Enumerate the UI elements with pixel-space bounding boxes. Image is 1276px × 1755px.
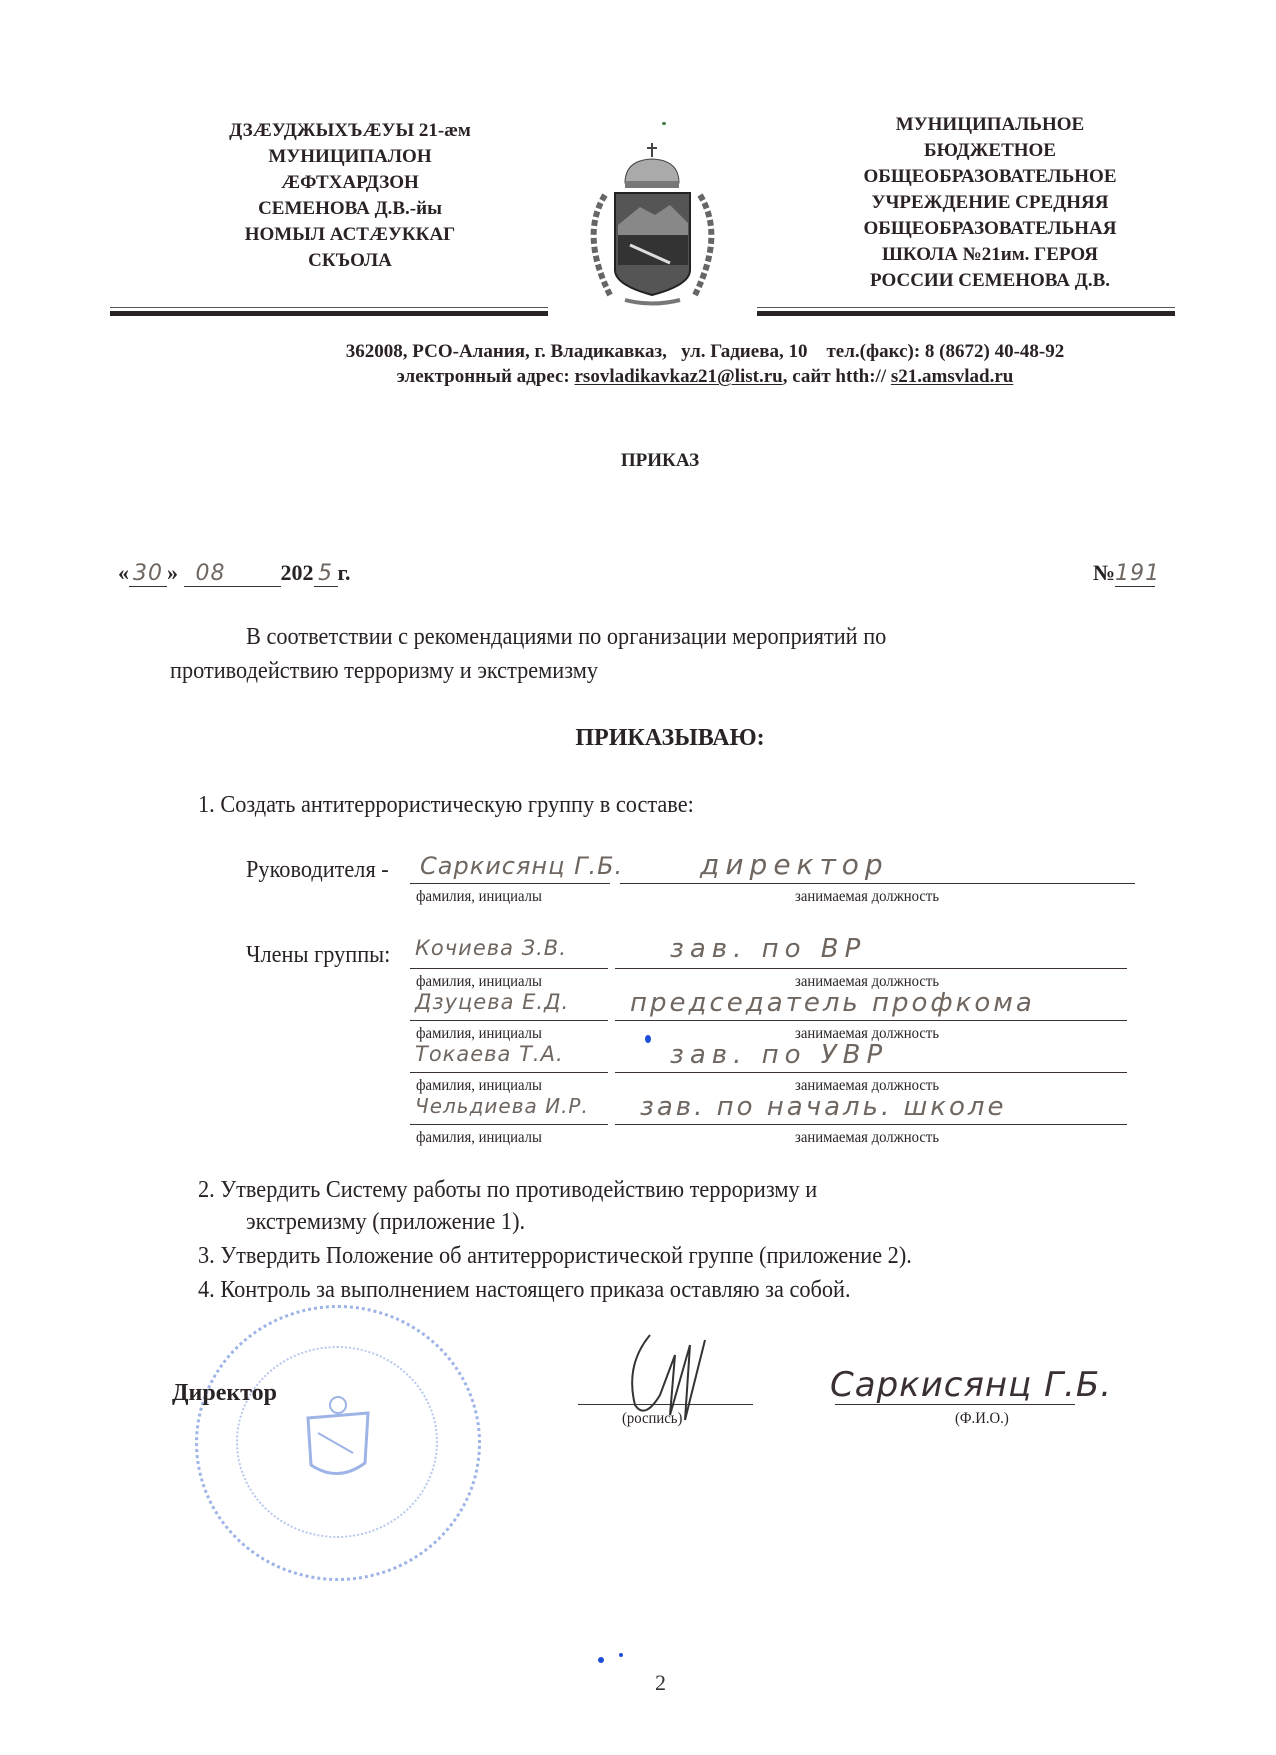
header-right-rule <box>757 311 1175 316</box>
member-name-underline <box>410 1124 608 1125</box>
header-right-org-name: МУНИЦИПАЛЬНОЕ БЮДЖЕТНОЕ ОБЩЕОБРАЗОВАТЕЛЬ… <box>790 112 1190 294</box>
order-number: №191 <box>1093 560 1155 587</box>
member-name-underline <box>410 1072 608 1073</box>
date-year-prefix: 202 <box>281 560 314 585</box>
address-line: 362008, РСО-Алания, г. Владикавказ, ул. … <box>270 341 1140 363</box>
director-label: Директор <box>172 1380 277 1407</box>
site-link[interactable]: s21.amsvlad.ru <box>891 366 1013 387</box>
fio-underline <box>835 1404 1075 1405</box>
member-position-underline <box>615 1072 1127 1073</box>
header-right-line: ОБЩЕОБРАЗОВАТЕЛЬНАЯ <box>790 216 1190 242</box>
members-label: Члены группы: <box>246 940 390 971</box>
header-right-line: БЮДЖЕТНОЕ <box>790 138 1190 164</box>
date-year-digit: 5 <box>314 561 338 587</box>
fio-caption: (Ф.И.О.) <box>955 1410 1009 1428</box>
date-line: «30» 082025г. <box>118 560 518 592</box>
header-left-line: ДЗÆУДЖЫХЪÆУЫ 21-æм <box>150 118 550 144</box>
leader-position: директор <box>700 848 889 881</box>
preamble-line-1: В соответствии с рекомендациями по орган… <box>246 622 886 653</box>
ink-speck <box>645 1035 651 1043</box>
date-year-suffix: г. <box>338 560 351 585</box>
number-value: 191 <box>1115 561 1155 587</box>
site-prefix: , сайт htth:// <box>783 366 891 387</box>
member-position-underline <box>615 1020 1127 1021</box>
coat-of-arms-emblem-icon <box>570 135 735 310</box>
email-prefix: электронный адрес: <box>397 366 575 387</box>
member-name: Дзуцева Е.Д. <box>415 990 569 1014</box>
member-name-underline <box>410 1020 608 1021</box>
header-left-line: СЕМЕНОВА Д.В.-йы <box>150 196 550 222</box>
ink-speck <box>619 1653 623 1657</box>
header-right-line: ОБЩЕОБРАЗОВАТЕЛЬНОЕ <box>790 164 1190 190</box>
member-name: Чельдиева И.Р. <box>415 1094 589 1118</box>
item-4: 4. Контроль за выполнением настоящего пр… <box>198 1275 851 1306</box>
member-position: зав. по УВР <box>670 1040 888 1070</box>
caption-name: фамилия, инициалы <box>416 888 542 906</box>
director-fio-handwritten: Саркисянц Г.Б. <box>830 1365 1112 1405</box>
header-left-line: ÆФТХАРДЗОН <box>150 170 550 196</box>
date-day: 30 <box>129 561 167 587</box>
page-number: 2 <box>655 1670 666 1696</box>
header-right-line: РОССИИ СЕМЕНОВА Д.В. <box>790 268 1190 294</box>
school-seal-stamp <box>195 1305 481 1581</box>
caption-name: фамилия, инициалы <box>416 1129 542 1147</box>
member-name: Кочиева З.В. <box>415 936 567 960</box>
date-close-quote: » <box>167 560 178 585</box>
caption-name: фамилия, инициалы <box>416 973 542 991</box>
caption-position: занимаемая должность <box>795 888 939 906</box>
header-right-line: ШКОЛА №21им. ГЕРОЯ <box>790 242 1190 268</box>
member-position-underline <box>615 968 1127 969</box>
item-2-line-2: экстремизму (приложение 1). <box>246 1207 525 1238</box>
scan-speck <box>662 122 666 125</box>
item-1: 1. Создать антитеррористическую группу в… <box>198 790 694 821</box>
leader-name-underline <box>410 883 610 884</box>
doc-title: ПРИКАЗ <box>560 450 760 472</box>
order-heading: ПРИКАЗЫВАЮ: <box>540 725 800 752</box>
signature-caption: (роспись) <box>622 1410 682 1428</box>
caption-name: фамилия, инициалы <box>416 1025 542 1043</box>
leader-label: Руководителя - <box>246 855 389 886</box>
email-site-line: электронный адрес: rsovladikavkaz21@list… <box>270 366 1140 388</box>
leader-name: Саркисянц Г.Б. <box>420 852 623 880</box>
leader-position-underline <box>620 883 1135 884</box>
member-position: зав. по ВР <box>670 934 866 964</box>
member-name: Токаева Т.А. <box>415 1042 564 1066</box>
number-label: № <box>1093 560 1115 585</box>
header-left-rule <box>110 311 548 316</box>
member-position: председатель профкома <box>630 988 1035 1018</box>
preamble-line-2: противодействию терроризму и экстремизму <box>170 656 598 687</box>
header-right-line: МУНИЦИПАЛЬНОЕ <box>790 112 1190 138</box>
header-left-line: МУНИЦИПАЛОН <box>150 144 550 170</box>
caption-name: фамилия, инициалы <box>416 1077 542 1095</box>
header-right-line: УЧРЕЖДЕНИЕ СРЕДНЯЯ <box>790 190 1190 216</box>
item-2-line-1: 2. Утвердить Систему работы по противоде… <box>198 1175 817 1206</box>
member-position: зав. по началь. школе <box>640 1092 1007 1122</box>
item-3: 3. Утвердить Положение об антитеррористи… <box>198 1241 912 1272</box>
ink-speck <box>598 1657 604 1663</box>
header-left-line: НОМЫЛ АСТÆУККАГ <box>150 222 550 248</box>
member-name-underline <box>410 968 608 969</box>
date-open-quote: « <box>118 560 129 585</box>
caption-position: занимаемая должность <box>795 1129 939 1147</box>
header-left-org-name: ДЗÆУДЖЫХЪÆУЫ 21-æм МУНИЦИПАЛОН ÆФТХАРДЗО… <box>150 118 550 274</box>
date-month: 08 <box>184 561 281 587</box>
header-left-line: СКЪОЛА <box>150 248 550 274</box>
email-link[interactable]: rsovladikavkaz21@list.ru <box>575 366 783 387</box>
member-position-underline <box>615 1124 1127 1125</box>
